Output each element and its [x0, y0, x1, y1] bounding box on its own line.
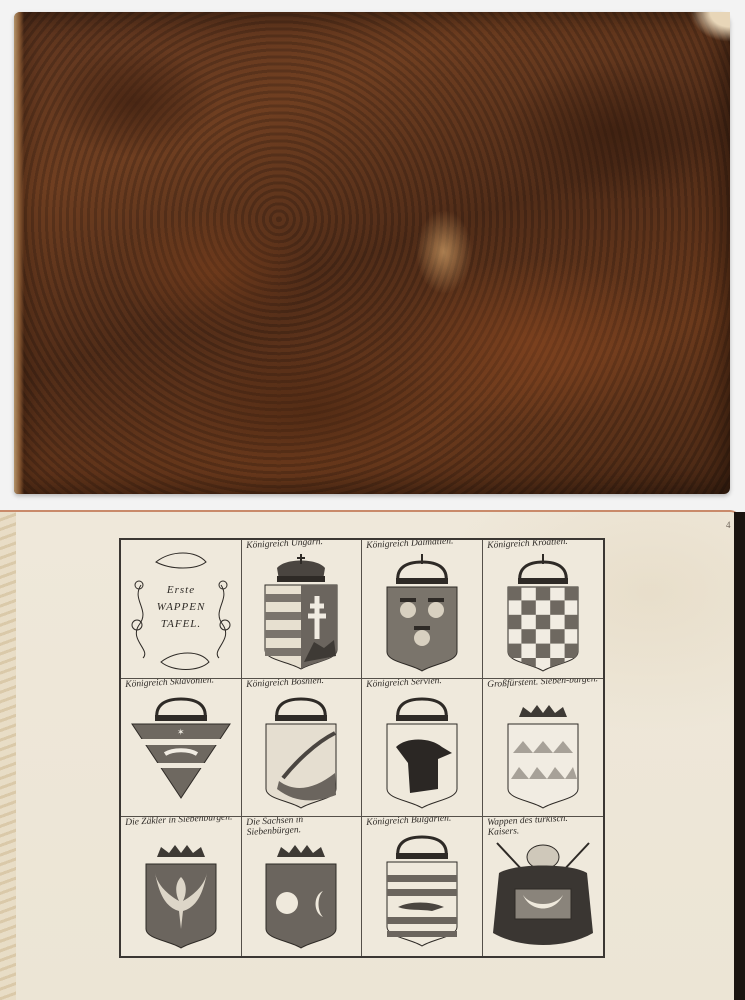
plate-cell-hungary: Königreich Ungarn.	[242, 540, 363, 679]
shield-hungary-icon	[264, 584, 338, 670]
cell-label: Königreich Kroatien.	[487, 540, 600, 551]
page-edge-shadow	[734, 512, 745, 1000]
shield-dalmatia-icon	[386, 586, 458, 672]
shield-bosnia-sword-arm-icon	[265, 723, 337, 809]
plate-cell-slavonia: Königreich Sklavonien. ✶	[121, 679, 242, 818]
title-line-3: TAFEL.	[161, 616, 201, 633]
cell-label: Die Sachsen in Siebenbürgen.	[246, 817, 358, 838]
cell-label: Großfürstent. Sieben-bürgen.	[487, 679, 600, 690]
plate-title: Erste WAPPEN TAFEL.	[131, 552, 231, 662]
coronet-icon	[273, 841, 329, 859]
plate-cell-transylvania: Großfürstent. Sieben-bürgen.	[483, 679, 604, 818]
plate-cell-bulgaria: Königreich Bulgarien.	[362, 817, 483, 956]
crown-icon	[392, 831, 452, 861]
crown-icon	[514, 554, 572, 586]
leather-book-cover	[14, 12, 730, 494]
plate-cell-dalmatia: Königreich Dalmatien.	[362, 540, 483, 679]
coat-of-arms-plate: Erste WAPPEN TAFEL. Königreich Ungarn. K…	[119, 538, 605, 958]
crown-icon	[271, 554, 331, 584]
plate-cell-saxons: Die Sachsen in Siebenbürgen.	[242, 817, 363, 956]
title-line-1: Erste	[167, 582, 195, 599]
cell-label: Königreich Servien.	[366, 679, 478, 690]
cell-label: Königreich Ungarn.	[246, 540, 358, 551]
plate-number: 4	[726, 520, 731, 530]
coronet-icon	[153, 841, 209, 859]
crown-icon	[151, 693, 211, 723]
title-line-2: WAPPEN	[157, 599, 206, 616]
shield-szekely-eagle-icon	[145, 863, 217, 949]
svg-text:✶: ✶	[177, 727, 185, 737]
ottoman-trophy-crescent-icon	[485, 833, 601, 953]
plate-cell-bosnia: Königreich Bosnien.	[242, 679, 363, 818]
coronet-icon	[515, 701, 571, 719]
plate-cell-title: Erste WAPPEN TAFEL.	[121, 540, 242, 679]
shield-saxons-sun-moon-icon	[265, 863, 337, 949]
cell-label: Königreich Dalmatien.	[366, 540, 478, 551]
cover-worn-corner	[690, 12, 730, 42]
plate-cell-szekely: Die Zäkler in Siebenbürgen.	[121, 817, 242, 956]
page-binding-edge	[0, 512, 16, 1000]
crown-icon	[392, 693, 452, 723]
crown-icon	[390, 554, 454, 586]
plate-cell-croatia: Königreich Kroatien.	[483, 540, 604, 679]
cover-spine-edge	[14, 12, 24, 494]
shield-transylvania-mountains-icon	[507, 723, 579, 809]
shield-bulgaria-lion-icon	[386, 861, 458, 947]
shield-serbia-boar-head-icon	[386, 723, 458, 809]
crown-icon	[271, 693, 331, 723]
plate-cell-ottoman: Wappen des türkisch. Kaisers.	[483, 817, 604, 956]
cell-label: Die Zäkler in Siebenbürgen.	[125, 817, 237, 828]
cell-label: Königreich Bulgarien.	[366, 817, 478, 828]
shield-croatia-checkered-icon	[507, 586, 579, 672]
cell-label: Königreich Sklavonien.	[125, 679, 237, 690]
shield-slavonia-triangle-icon: ✶	[131, 723, 231, 799]
cell-label: Königreich Bosnien.	[246, 679, 358, 690]
plate-cell-serbia: Königreich Servien.	[362, 679, 483, 818]
